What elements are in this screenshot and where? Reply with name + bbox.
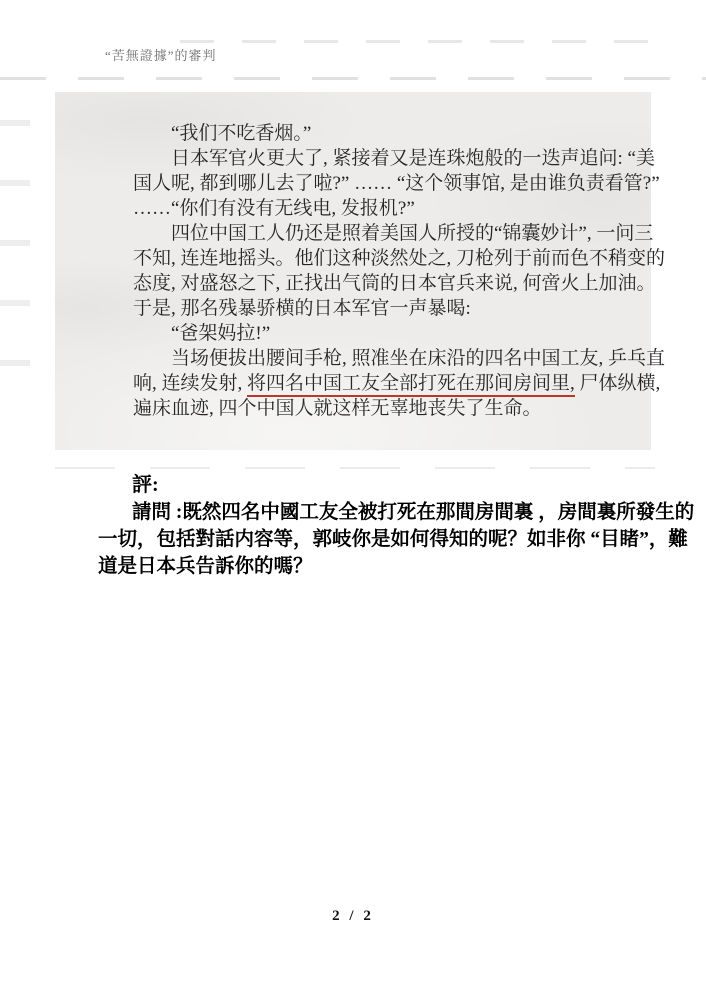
- comment-label: 評:: [98, 472, 638, 499]
- scan-artifact: [55, 467, 655, 469]
- scan-text-segment: “我们不吃香烟。”: [171, 123, 311, 144]
- scan-text-line: 四位中国工人仍还是照着美国人所授的“锦囊妙计”, 一问三: [133, 221, 665, 246]
- scan-text-line: 响, 连续发射, 将四名中国工友全部打死在那间房间里, 尸体纵横,: [133, 371, 665, 396]
- comment-text-line: 請問 :既然四名中國工友全被打死在那間房間裏 ，房間裏所發生的: [98, 499, 638, 526]
- scan-text-line: “爸架妈拉!”: [133, 321, 665, 346]
- scan-text-segment: 国人呢, 都到哪儿去了啦?” …… “这个领事馆, 是由谁负责看管?”: [133, 173, 660, 194]
- scan-text-line: ……“你们有没有无线电, 发报机?”: [133, 196, 665, 221]
- scan-artifact: [180, 40, 650, 43]
- scanned-text-block: “我们不吃香烟。”日本军官火更大了, 紧接着又是连珠炮般的一迭声追问: “美国人…: [133, 121, 665, 421]
- scan-artifact: [0, 77, 706, 80]
- scan-text-line: 遍床血迹, 四个中国人就这样无辜地丧失了生命。: [133, 396, 665, 421]
- scan-text-segment: 于是, 那名残暴骄横的日本军官一声暴喝:: [133, 298, 471, 319]
- red-underlined-phrase: 将四名中国工友全部打死在那间房间里,: [247, 373, 575, 397]
- scan-text-line: “我们不吃香烟。”: [133, 121, 665, 146]
- comment-text-line: 道是日本兵告訴你的嗎？: [98, 553, 638, 580]
- scan-text-line: 日本军官火更大了, 紧接着又是连珠炮般的一迭声追问: “美: [133, 146, 665, 171]
- scan-text-segment: 遍床血迹, 四个中国人就这样无辜地丧失了生命。: [133, 398, 542, 419]
- scan-artifact: [0, 120, 30, 380]
- scan-text-segment: 当场便拔出腰间手枪, 照准坐在床沿的四名中国工友, 乒乓直: [171, 348, 665, 369]
- document-page: “苦無證據”的審判 “我们不吃香烟。”日本军官火更大了, 紧接着又是连珠炮般的一…: [0, 0, 706, 1000]
- scan-text-segment: 响, 连续发射,: [133, 373, 247, 394]
- comment-section: 評: 請問 :既然四名中國工友全被打死在那間房間裏 ，房間裏所發生的一切，包括對…: [98, 472, 638, 580]
- scan-text-segment: 日本军官火更大了, 紧接着又是连珠炮般的一迭声追问: “美: [171, 148, 655, 169]
- page-number: 2 / 2: [0, 908, 706, 925]
- scan-text-segment: 不知, 连连地摇头。他们这种淡然处之, 刀枪列于前而色不稍变的: [133, 248, 665, 269]
- scan-text-line: 于是, 那名残暴骄横的日本军官一声暴喝:: [133, 296, 665, 321]
- scan-text-line: 不知, 连连地摇头。他们这种淡然处之, 刀枪列于前而色不稍变的: [133, 246, 665, 271]
- comment-text-line: 一切，包括對話内容等，郭岐你是如何得知的呢？如非你 “目睹”，難: [98, 526, 638, 553]
- scan-text-segment: 尸体纵横,: [575, 373, 661, 394]
- running-head-title: “苦無證據”的審判: [105, 45, 217, 64]
- scan-text-segment: 四位中国工人仍还是照着美国人所授的“锦囊妙计”, 一问三: [171, 223, 653, 244]
- scanned-book-excerpt: “我们不吃香烟。”日本军官火更大了, 紧接着又是连珠炮般的一迭声追问: “美国人…: [55, 92, 651, 450]
- scan-text-line: 当场便拔出腰间手枪, 照准坐在床沿的四名中国工友, 乒乓直: [133, 346, 665, 371]
- scan-text-line: 国人呢, 都到哪儿去了啦?” …… “这个领事馆, 是由谁负责看管?”: [133, 171, 665, 196]
- comment-paragraph: 請問 :既然四名中國工友全被打死在那間房間裏 ，房間裏所發生的一切，包括對話内容…: [98, 499, 638, 580]
- scan-text-segment: ……“你们有没有无线电, 发报机?”: [133, 198, 415, 219]
- scan-text-segment: 态度, 对盛怒之下, 正找出气筒的日本官兵来说, 何啻火上加油。: [133, 273, 656, 294]
- scan-text-segment: “爸架妈拉!”: [171, 323, 270, 344]
- scan-text-line: 态度, 对盛怒之下, 正找出气筒的日本官兵来说, 何啻火上加油。: [133, 271, 665, 296]
